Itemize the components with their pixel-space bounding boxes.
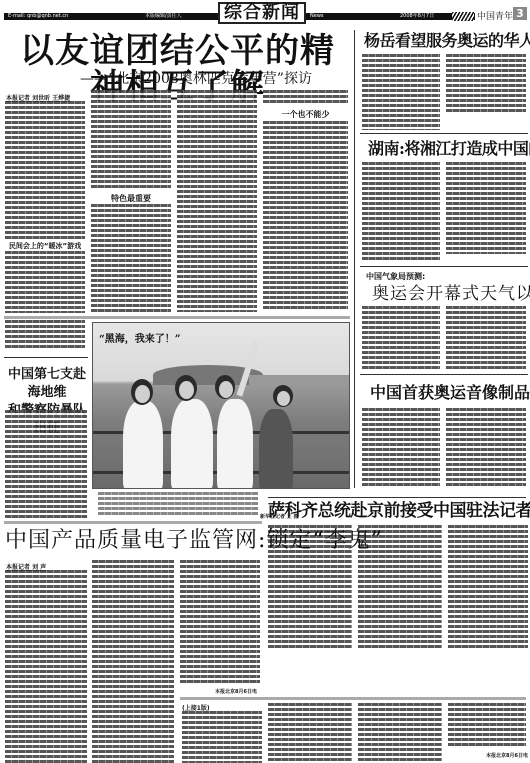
left-headline-line-1: 中国第七支赴海地维	[4, 366, 90, 402]
stripes-decoration	[452, 12, 474, 21]
side-4-col-2	[446, 408, 526, 488]
section-divider	[4, 316, 350, 319]
jump-col-3	[358, 703, 442, 763]
photo-person-3	[217, 399, 253, 489]
photo-shore	[249, 375, 349, 385]
photo-inset-caption: “黑海，我来了！”	[99, 330, 181, 345]
jump-col-2	[268, 703, 352, 763]
jump-col-1	[182, 711, 262, 763]
lead-subhead-1: 一个也不能少	[263, 109, 348, 120]
lead-body-col-1	[5, 101, 85, 313]
lead-body-col-3	[177, 90, 257, 312]
page-number: 3	[513, 7, 527, 20]
product-col-1	[5, 570, 87, 763]
side-1-col-1	[362, 54, 440, 130]
lead-body-col-4b	[263, 121, 348, 311]
photo-person-1	[123, 401, 163, 489]
jump-source: 本报北京8月6日电	[486, 752, 528, 759]
product-headline: 中国产品质量电子监管网:锁定“李鬼”	[5, 527, 383, 555]
masthead-email: E-mail: qnb@qnb.net.cn	[8, 13, 68, 20]
lead-subheadline: ——“北京2008奥林匹克青年营”探访	[80, 71, 312, 87]
lead-body-col-2	[91, 90, 171, 190]
side-divider-3	[360, 374, 528, 375]
left-divider	[4, 357, 88, 358]
side-2-col-2	[446, 162, 526, 254]
masthead-date: 2008年8月7日	[400, 13, 434, 20]
side-headline-4: 中国首获奥运音像制品官方授权	[370, 383, 530, 403]
photo-person-2	[171, 399, 213, 489]
side-3-col-2	[446, 306, 526, 370]
photo-bottom-divider	[4, 521, 262, 524]
side-3-col-1	[362, 306, 440, 370]
photo-face-1	[135, 385, 150, 403]
sarkozy-headline: 萨科齐总统赴京前接受中国驻法记者联合采访	[268, 500, 530, 522]
section-en: News	[310, 13, 324, 20]
side-kicker-3: 中国气象局预测:	[366, 272, 425, 282]
photo-person-4	[259, 409, 293, 489]
lead-subhead-2: 特色最重要	[91, 193, 171, 204]
product-source: 本报北京8月6日电	[215, 688, 257, 695]
side-2-col-1	[362, 162, 440, 262]
photo-face-4	[277, 391, 290, 406]
sarkozy-top-divider	[268, 497, 526, 498]
lead-body-col-1-end	[5, 320, 85, 350]
side-4-col-1	[362, 408, 440, 488]
side-headline-1: 杨岳看望服务奥运的华人华侨志愿者	[364, 31, 530, 51]
masthead: E-mail: qnb@qnb.net.cn 本版编辑/责任人 综合新闻 New…	[0, 0, 530, 26]
sarkozy-col-3	[448, 525, 528, 648]
photo-face-3	[219, 381, 233, 398]
side-headline-2: 湖南:将湘江打造成中国的“莱茵河”	[368, 139, 528, 159]
left-body	[5, 410, 87, 518]
side-divider-1	[360, 133, 528, 134]
lead-body-col-4a	[263, 90, 348, 104]
jump-divider	[180, 697, 526, 700]
photo-caption-text	[98, 492, 258, 516]
column-divider	[354, 30, 355, 488]
masthead-editor: 本版编辑/责任人	[145, 13, 182, 20]
photo-face-2	[179, 381, 194, 399]
jump-col-4	[448, 703, 526, 747]
lead-body-col-2b	[91, 204, 171, 312]
beach-photo: “黑海，我来了！”	[92, 322, 350, 489]
side-divider-2	[360, 266, 528, 267]
product-col-2	[92, 560, 174, 763]
side-1-col-2	[446, 54, 526, 114]
side-headline-3: 奥运会开幕式天气以阴为主	[372, 284, 530, 304]
section-title: 综合新闻	[218, 2, 306, 24]
product-col-3	[180, 560, 260, 684]
lead-subhead-3: 民间会上的“暖冰”游戏	[5, 241, 85, 251]
